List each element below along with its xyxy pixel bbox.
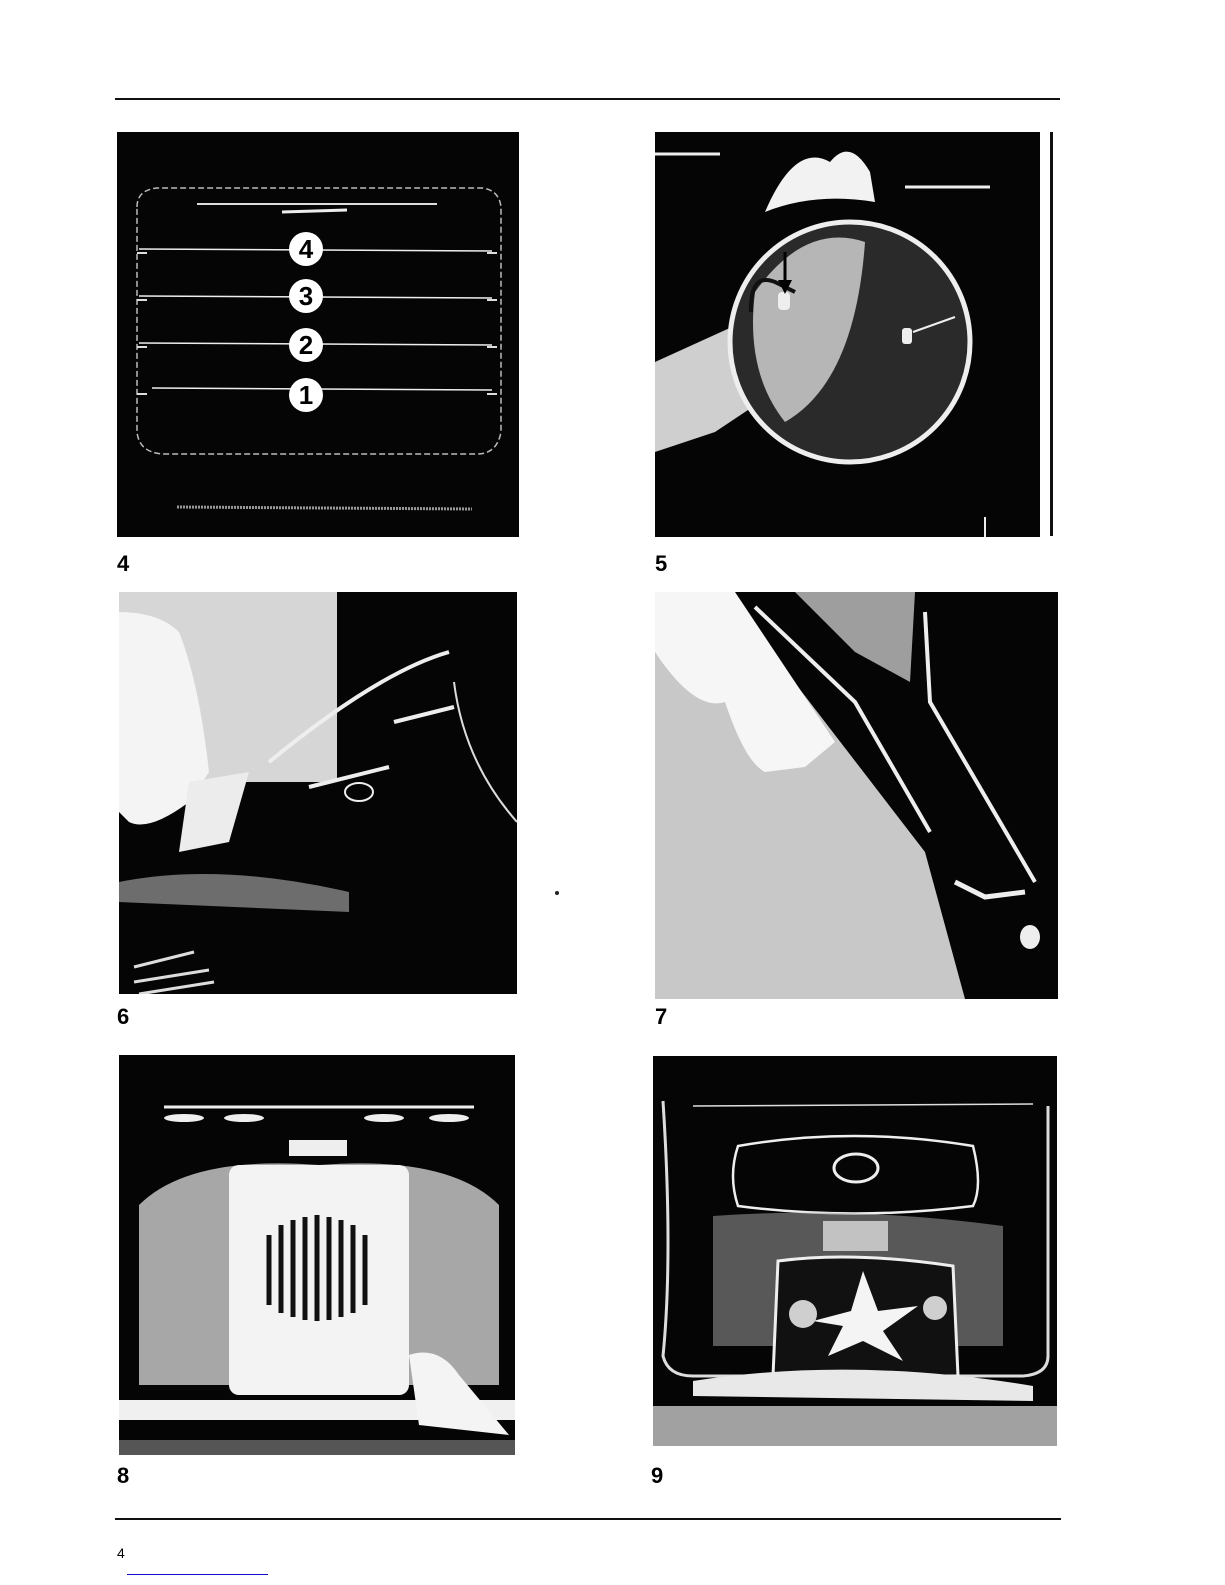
fan-element-illustration <box>655 132 1040 537</box>
link-underline[interactable] <box>127 1574 268 1575</box>
shelf-position-badge: 4 <box>289 232 323 266</box>
scan-speck <box>555 891 559 895</box>
fan-blade-exposed-illustration <box>653 1056 1057 1446</box>
shelf-position-badge: 2 <box>289 328 323 362</box>
figure-number: 5 <box>655 553 667 575</box>
top-rule <box>115 98 1060 100</box>
shelf-position-badge: 1 <box>289 378 323 412</box>
figure-7-photo <box>655 592 1058 999</box>
bottom-rule <box>115 1518 1061 1520</box>
page-number: 4 <box>117 1545 125 1561</box>
figure-number: 4 <box>117 553 129 575</box>
figure-8-photo <box>119 1055 515 1455</box>
figure-6-photo <box>119 592 517 994</box>
scan-edge-line <box>1050 132 1053 536</box>
figure-number: 7 <box>655 1006 667 1028</box>
figure-4-photo: 4 3 2 1 <box>117 132 519 537</box>
figure-9-photo <box>653 1056 1057 1446</box>
figure-number: 8 <box>117 1465 129 1487</box>
figure-number: 9 <box>651 1465 663 1487</box>
runner-unscrew-illustration <box>119 592 517 994</box>
figure-number: 6 <box>117 1006 129 1028</box>
fan-grille-panel-illustration <box>119 1055 515 1455</box>
shelf-position-badge: 3 <box>289 279 323 313</box>
runner-removal-illustration <box>655 592 1058 999</box>
figure-5-photo <box>655 132 1040 537</box>
